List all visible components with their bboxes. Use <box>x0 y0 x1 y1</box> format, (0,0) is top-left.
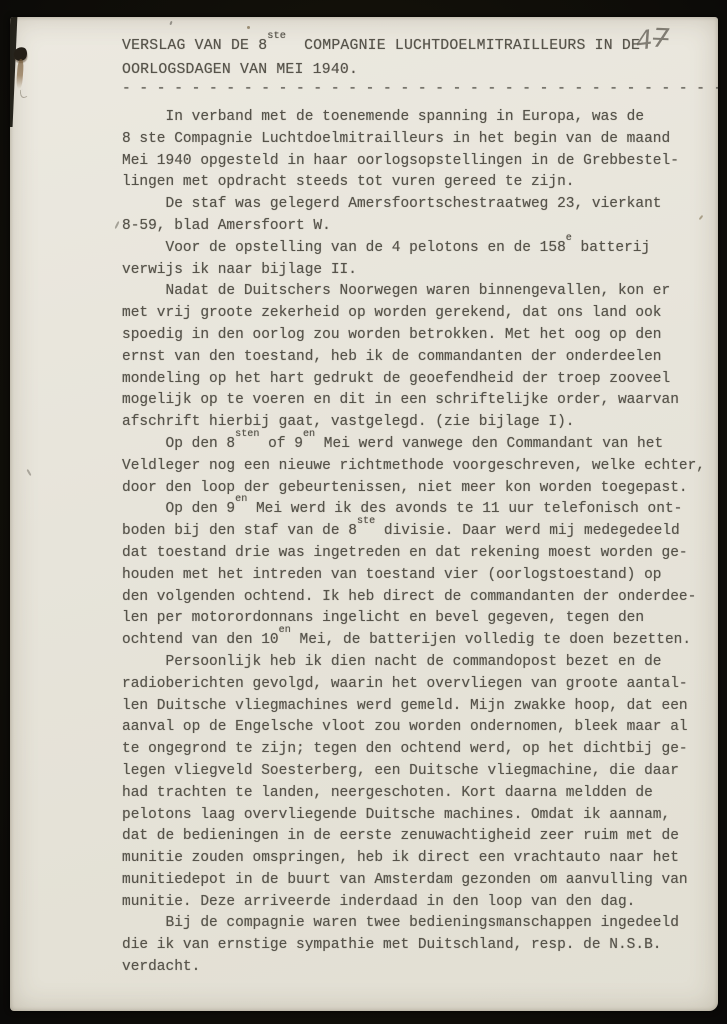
document-page: 47 VERSLAG VAN DE 8ste COMPAGNIE LUCHTDO… <box>10 17 718 1011</box>
document-body: In verband met de toenemende spanning in… <box>122 107 705 979</box>
text-line: te ongegrond te zijn; tegen den ochtend … <box>122 739 705 761</box>
text-line: munitie zouden omspringen, heb ik direct… <box>122 848 705 870</box>
superscript: sten <box>235 429 259 440</box>
superscript: ste <box>267 30 286 42</box>
text-line: De staf was gelegerd Amersfoortschestraa… <box>122 194 705 216</box>
text-line: ochtend van den 10en Mei, de batterijen … <box>122 630 705 652</box>
text-line: Nadat de Duitschers Noorwegen waren binn… <box>122 281 705 303</box>
text-line: VERSLAG VAN DE 8ste COMPAGNIE LUCHTDOELM… <box>122 34 640 58</box>
scan-edge-shadow <box>10 17 17 127</box>
text-line: Persoonlijk heb ik dien nacht de command… <box>122 652 705 674</box>
text-line: len per motorordonnans ingelicht en beve… <box>122 608 705 630</box>
text-line: Bij de compagnie waren twee bedieningsma… <box>122 913 705 935</box>
text-line: radioberichten gevolgd, waarin het overv… <box>122 674 705 696</box>
text-line: munitie. Deze arriveerde inderdaad in de… <box>122 892 705 914</box>
text-line: legen vliegveld Soesterberg, een Duitsch… <box>122 761 705 783</box>
document-title: VERSLAG VAN DE 8ste COMPAGNIE LUCHTDOELM… <box>122 34 640 82</box>
text-line: Voor de opstelling van de 4 pelotons en … <box>122 238 705 260</box>
text-line: verwijs ik naar bijlage II. <box>122 260 705 282</box>
dashed-underline: - - - - - - - - - - - - - - - - - - - - … <box>122 79 718 99</box>
paper-speck <box>114 221 119 229</box>
text-line: munitiedepot in de buurt van Amsterdam g… <box>122 870 705 892</box>
text-line: 8-59, blad Amersfoort W. <box>122 216 705 238</box>
superscript: en <box>235 494 247 505</box>
text-line: houden met het intreden van toestand vie… <box>122 565 705 587</box>
superscript: e <box>566 233 572 244</box>
rust-streak-stain <box>16 59 24 89</box>
paper-speck <box>26 469 31 476</box>
text-line: mondeling op het hart gedrukt de geoefen… <box>122 369 705 391</box>
text-line: die ik van ernstige sympathie met Duitsc… <box>122 935 705 957</box>
text-line: dat toestand drie was ingetreden en dat … <box>122 543 705 565</box>
paper-speck <box>169 21 172 25</box>
superscript: en <box>303 429 315 440</box>
pencil-squiggle-mark <box>20 88 28 99</box>
text-line: In verband met de toenemende spanning in… <box>122 107 705 129</box>
text-line: met vrij groote zekerheid op worden gere… <box>122 303 705 325</box>
text-line: verdacht. <box>122 957 705 979</box>
superscript: en <box>279 625 291 636</box>
superscript: ste <box>357 516 375 527</box>
text-line: lingen met opdracht steeds tot vuren ger… <box>122 172 705 194</box>
text-line: door den loop der gebeurtenissen, niet m… <box>122 478 705 500</box>
text-line: Op den 9en Mei werd ik des avonds te 11 … <box>122 499 705 521</box>
text-line: len Duitsche vliegmachines werd gemeld. … <box>122 696 705 718</box>
text-line: Veldleger nog een nieuwe richtmethode vo… <box>122 456 705 478</box>
text-line: 8 ste Compagnie Luchtdoelmitrailleurs in… <box>122 129 705 151</box>
paper-speck <box>247 26 250 29</box>
text-line: pelotons laag overvliegende Duitsche mac… <box>122 805 705 827</box>
text-line: boden bij den staf van de 8ste divisie. … <box>122 521 705 543</box>
scanned-document: 47 VERSLAG VAN DE 8ste COMPAGNIE LUCHTDO… <box>0 0 727 1024</box>
text-line: aanval op de Engelsche vloot zou worden … <box>122 717 705 739</box>
text-line: Op den 8sten of 9en Mei werd vanwege den… <box>122 434 705 456</box>
text-line: ernst van den toestand, heb ik de comman… <box>122 347 705 369</box>
page-mark-struck-digit: 7 <box>652 24 669 55</box>
text-line: dat de bedieningen in de eerste zenuwach… <box>122 826 705 848</box>
text-line: afschrift hierbij gaat, vastgelegd. (zie… <box>122 412 705 434</box>
text-line: had trachten te landen, neergeschoten. K… <box>122 783 705 805</box>
text-line: Mei 1940 opgesteld in haar oorlogsopstel… <box>122 151 705 173</box>
text-line: spoedig in den oorlog zou worden betrokk… <box>122 325 705 347</box>
text-line: mogelijk op te voeren en dit in een schr… <box>122 390 705 412</box>
text-line: den volgenden ochtend. Ik heb direct de … <box>122 587 705 609</box>
